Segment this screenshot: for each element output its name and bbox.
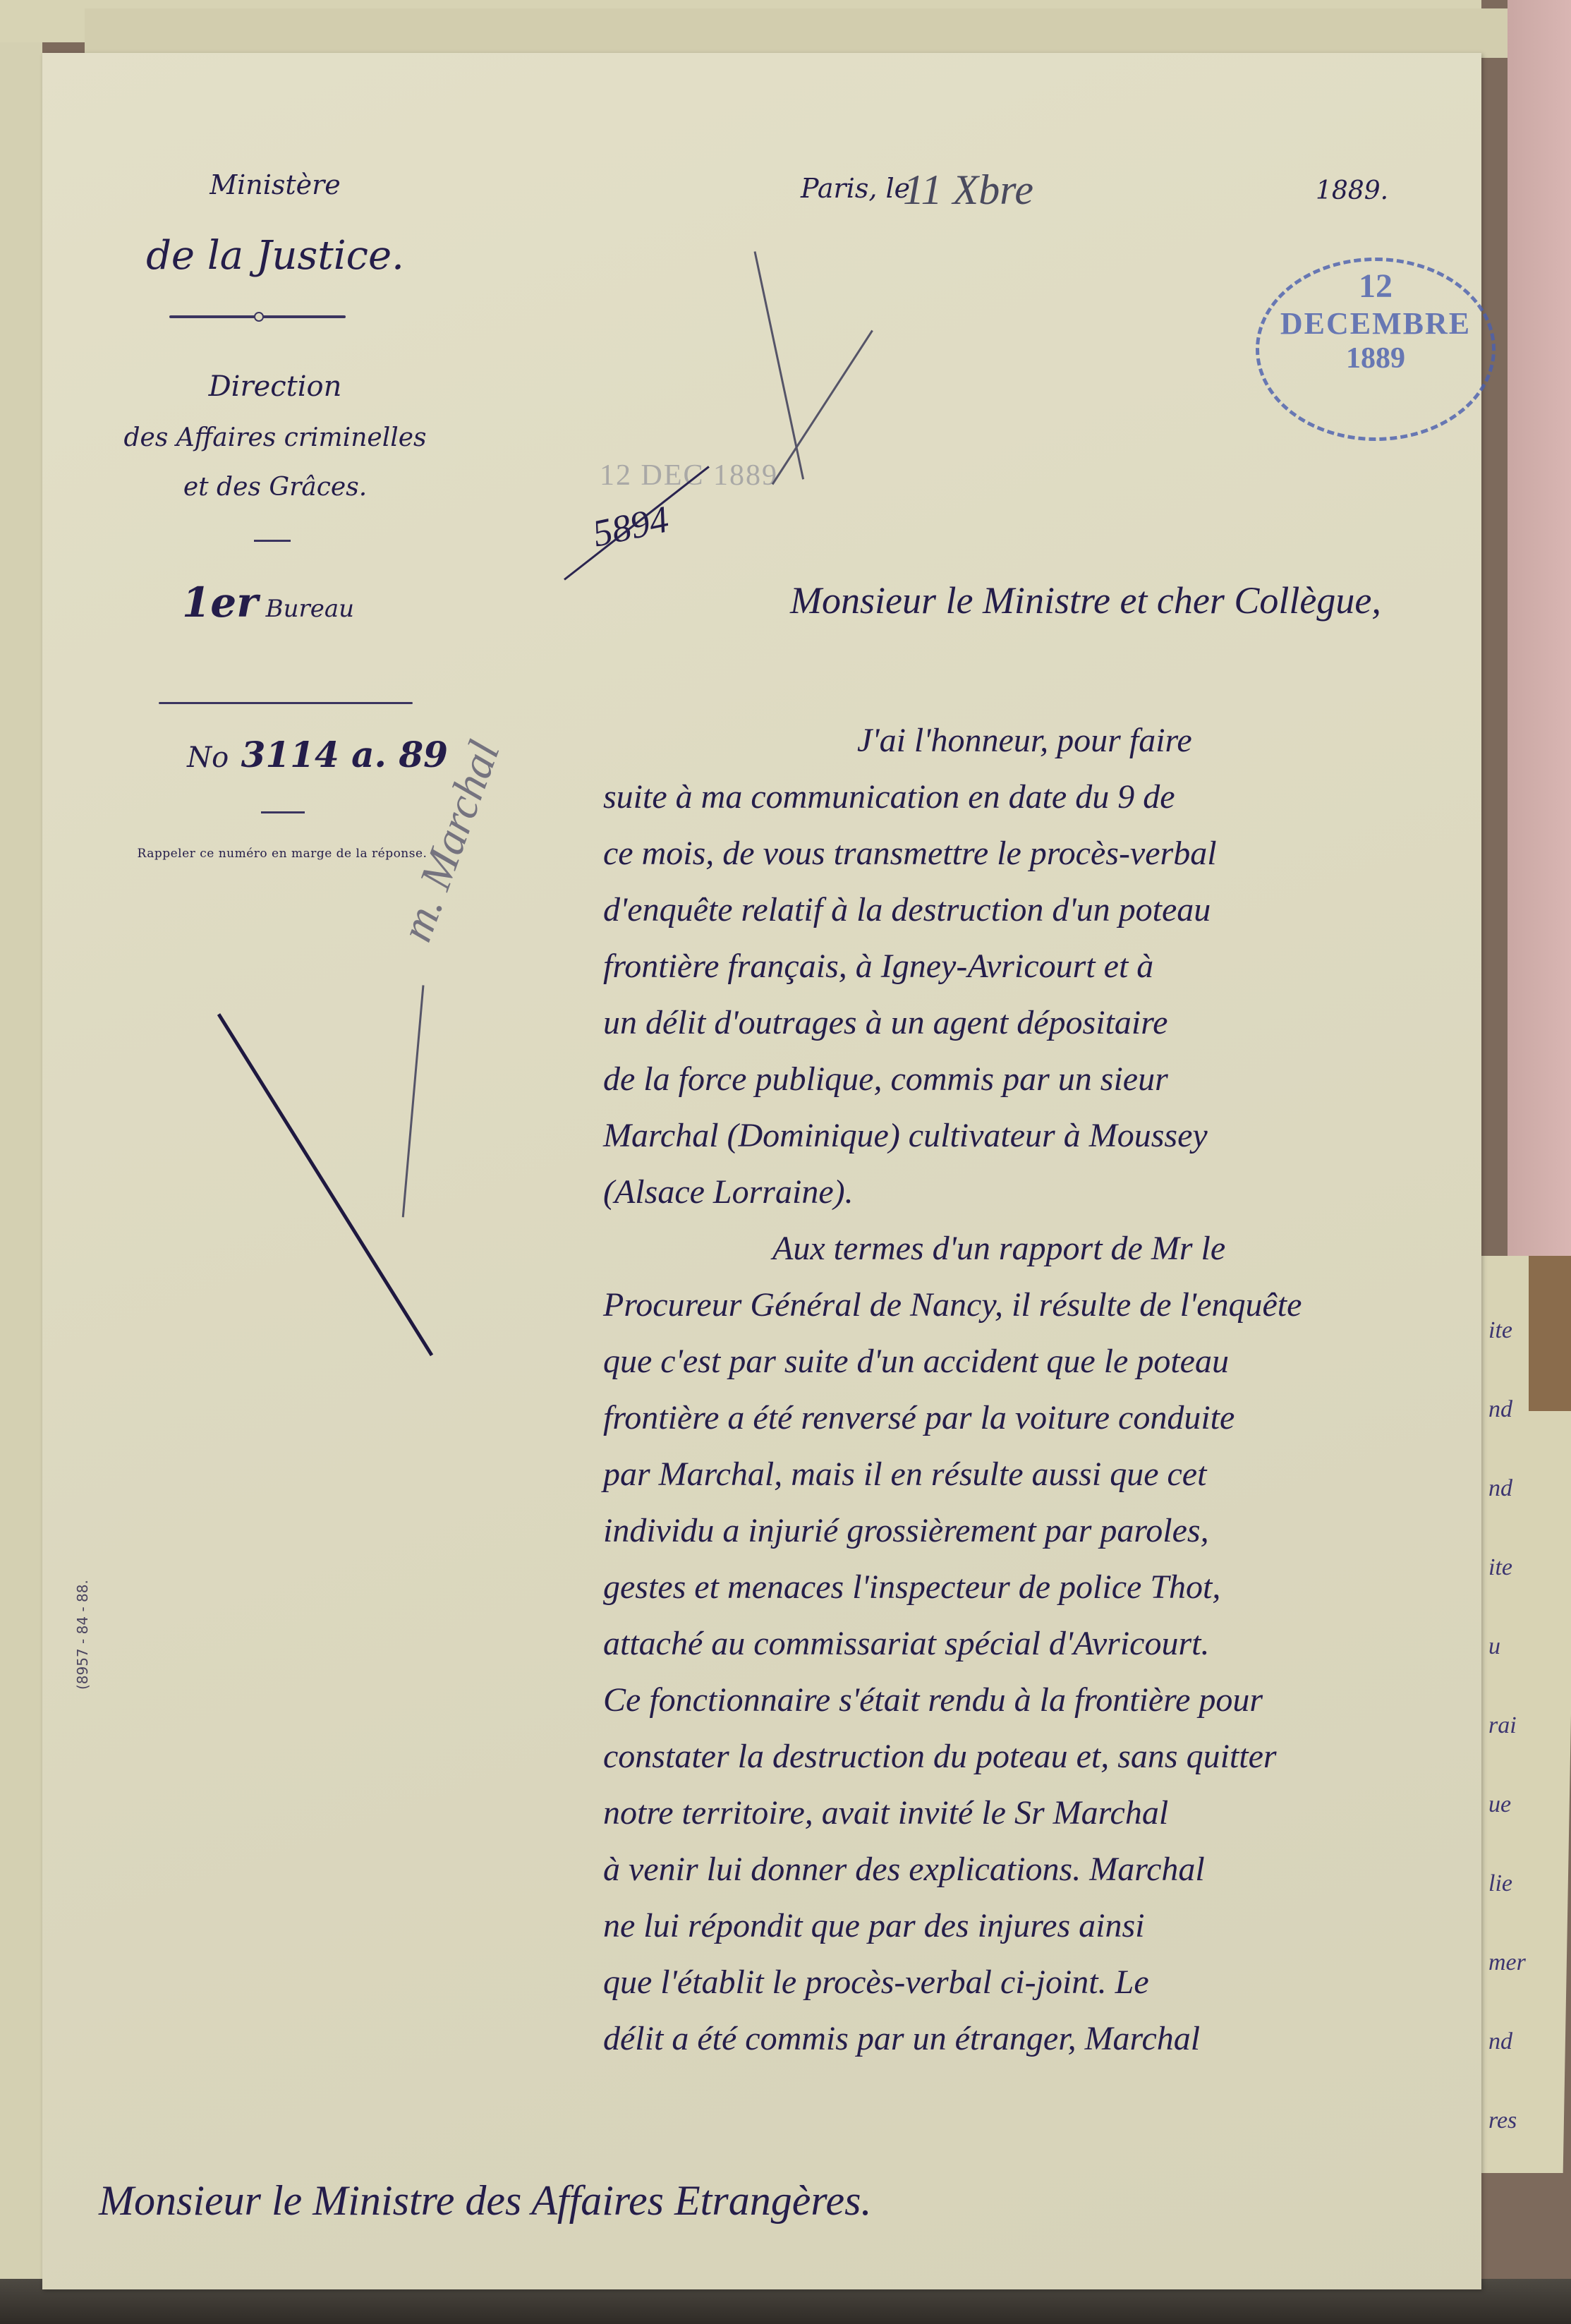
dateline-handwritten-date: 11 Xbre [903,166,1033,214]
dateline-place: Paris, le [801,173,910,204]
body-line: suite à ma communication en date du 9 de [603,769,1541,825]
body-line: par Marchal, mais il en résulte aussi qu… [603,1446,1541,1503]
background-left-edge [0,0,42,2324]
letterhead-bureau: 1er Bureau [120,579,416,627]
body-line: J'ai l'honneur, pour faire [603,713,1541,769]
body-line: notre territoire, avait invité le Sr Mar… [603,1785,1541,1841]
reference-value: 3114 a. 89 [241,734,448,775]
body-line: attaché au commissariat spécial d'Avrico… [603,1616,1541,1672]
short-divider [261,811,305,813]
letterhead-ministere: Ministère [141,169,409,200]
letter-body: J'ai l'honneur, pour faire suite à ma co… [603,713,1541,2067]
body-line: gestes et menaces l'inspecteur de police… [603,1559,1541,1616]
letterhead-justice: de la Justice. [113,233,437,279]
pencil-initial-stroke [754,251,805,479]
flourish-dot-icon [254,312,264,322]
short-divider [254,540,291,542]
body-line: Marchal (Dominique) cultivateur à Mousse… [603,1108,1541,1164]
printer-code: (8957 - 84 - 88. [74,1580,91,1690]
body-line: à venir lui donner des explications. Mar… [603,1841,1541,1898]
body-line: frontière français, à Igney-Avricourt et… [603,938,1541,995]
body-line: individu a injurié grossièrement par par… [603,1503,1541,1559]
letterhead-direction: Direction [141,370,409,403]
background-sheet-top-2 [85,8,1539,58]
body-line: Ce fonctionnaire s'était rendu à la fron… [603,1672,1541,1729]
reference-divider [159,702,413,704]
reference-number: No 3114 a. 89 [148,734,487,775]
body-line: Aux termes d'un rapport de Mr le [603,1221,1541,1277]
body-line: (Alsace Lorraine). [603,1164,1541,1221]
body-line: frontière a été renversé par la voiture … [603,1390,1541,1446]
stamp-month: DECEMBRE [1259,305,1492,341]
body-line: que l'établit le procès-verbal ci-joint.… [603,1954,1541,2011]
body-line: un délit d'outrages à un agent dépositai… [603,995,1541,1051]
body-line: ce mois, de vous transmettre le procès-v… [603,825,1541,882]
body-line: de la force publique, commis par un sieu… [603,1051,1541,1108]
ink-diagonal-line [217,1013,433,1356]
bureau-label: Bureau [266,595,354,623]
body-line: ne lui répondit que par des injures ains… [603,1898,1541,1954]
dateline-year: 1889. [1316,176,1388,205]
bureau-number: 1er [182,579,258,627]
body-line: délit a été commis par un étranger, Marc… [603,2011,1541,2067]
salutation: Monsieur le Ministre et cher Collègue, [790,579,1381,622]
body-line: constater la destruction du poteau et, s… [603,1729,1541,1785]
stamp-year: 1889 [1259,341,1492,375]
margin-fragment: res [1488,2081,1566,2160]
body-line: d'enquête relatif à la destruction d'un … [603,882,1541,938]
letter-page: Ministère de la Justice. Direction des A… [42,53,1481,2289]
letterhead-graces: et des Grâces. [127,473,423,502]
addressee-line: Monsieur le Ministre des Affaires Etrang… [99,2177,871,2225]
letterhead-affaires-criminelles: des Affaires criminelles [92,423,459,452]
pencil-stroke [402,985,425,1217]
reception-stamp: 12 DECEMBRE 1889 [1256,258,1496,441]
body-line: Procureur Général de Nancy, il résulte d… [603,1277,1541,1333]
stamp-day: 12 [1259,267,1492,305]
reference-prefix: No [187,742,229,774]
body-line: que c'est par suite d'un accident que le… [603,1333,1541,1390]
faint-date-stamp: 12 DEC 1889 [600,459,778,492]
